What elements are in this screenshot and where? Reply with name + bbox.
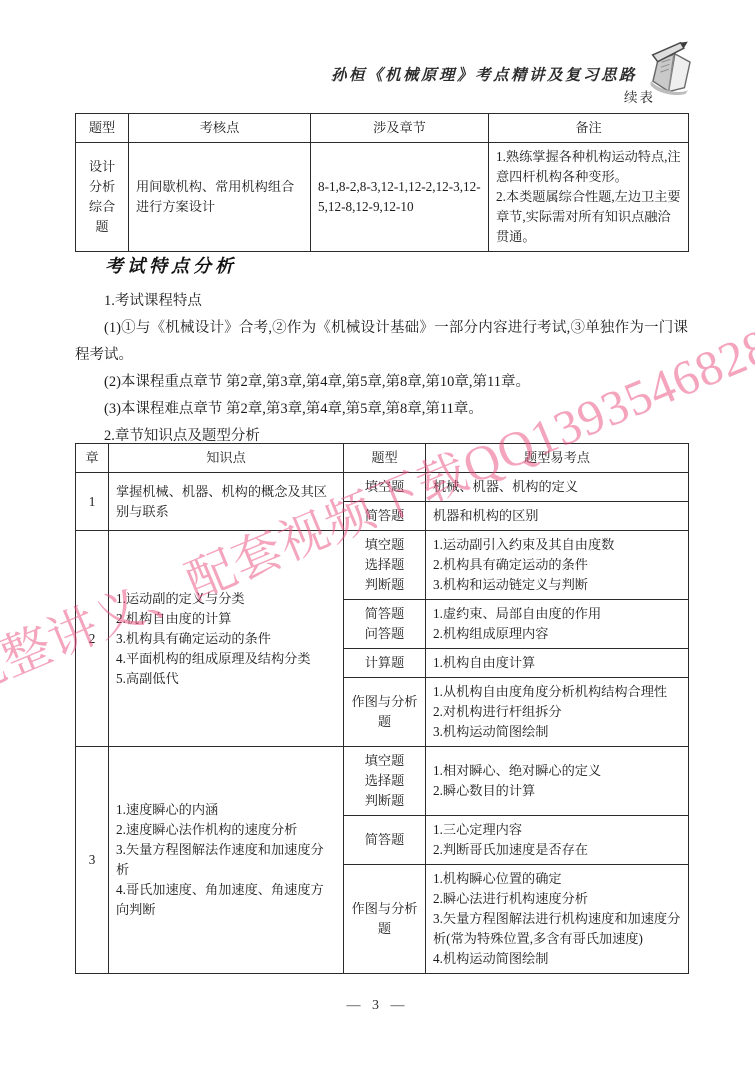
cell-exam-points: 用间歇机构、常用机构组合进行方案设计 — [129, 143, 311, 252]
cell-points: 1.机构自由度计算 — [426, 649, 689, 678]
cell-knowledge: 掌握机械、机器、机构的概念及其区别与联系 — [109, 473, 344, 531]
table-row: 设计分析综合题 用间歇机构、常用机构组合进行方案设计 8-1,8-2,8-3,1… — [76, 143, 689, 252]
chapter-knowledge-table: 章 知识点 题型 题型易考点 1 掌握机械、机器、机构的概念及其区别与联系 填空… — [75, 443, 689, 974]
continued-table-label: 续表 — [75, 86, 655, 106]
cell-qtype: 填空题 — [344, 473, 426, 502]
cell-points: 机器和机构的区别 — [426, 502, 689, 531]
col-header-exam-points: 考核点 — [129, 114, 311, 143]
table-row: 1 掌握机械、机器、机构的概念及其区别与联系 填空题 机械、机器、机构的定义 — [76, 473, 689, 502]
cell-qtype: 简答题 — [344, 816, 426, 865]
col-header-qtype: 题型 — [344, 444, 426, 473]
cell-points: 1.相对瞬心、绝对瞬心的定义 2.瞬心数目的计算 — [426, 747, 689, 816]
key-chapters-line: (2)本课程重点章节 第2章,第3章,第4章,第5章,第8章,第10章,第11章… — [75, 369, 688, 396]
col-header-notes: 备注 — [489, 114, 689, 143]
cell-qtype: 简答题 — [344, 502, 426, 531]
table-row: 3 1.速度瞬心的内涵 2.速度瞬心法作机构的速度分析 3.矢量方程图解法作速度… — [76, 747, 689, 816]
table-row: 2 1.运动副的定义与分类 2.机构自由度的计算 3.机构具有确定运动的条件 4… — [76, 531, 689, 600]
cell-notes: 1.熟练掌握各种机构运动特点,注意四杆机构各种变形。 2.本类题属综合性题,左边… — [489, 143, 689, 252]
cell-points: 1.三心定理内容 2.判断哥氏加速度是否存在 — [426, 816, 689, 865]
cell-points: 1.机构瞬心位置的确定 2.瞬心法进行机构速度分析 3.矢量方程图解法进行机构速… — [426, 865, 689, 974]
cell-qtype: 计算题 — [344, 649, 426, 678]
col-header-easy-points: 题型易考点 — [426, 444, 689, 473]
table-header-row: 章 知识点 题型 题型易考点 — [76, 444, 689, 473]
exam-type-table: 题型 考核点 涉及章节 备注 设计分析综合题 用间歇机构、常用机构组合进行方案设… — [75, 113, 689, 252]
col-header-chapter: 章 — [76, 444, 109, 473]
cell-points: 1.虚约束、局部自由度的作用 2.机构组成原理内容 — [426, 600, 689, 649]
book-title: 孙桓《机械原理》考点精讲及复习思路 — [331, 51, 637, 85]
col-header-chapters: 涉及章节 — [311, 114, 489, 143]
cell-qtype: 填空题 选择题 判断题 — [344, 531, 426, 600]
col-header-knowledge: 知识点 — [109, 444, 344, 473]
page-number: — 3 — — [0, 998, 755, 1014]
section-heading: 考试特点分析 — [105, 252, 688, 278]
table-header-row: 题型 考核点 涉及章节 备注 — [76, 114, 689, 143]
cell-chapter: 1 — [76, 473, 109, 531]
cell-question-type: 设计分析综合题 — [76, 143, 129, 252]
exam-characteristics-section: 考试特点分析 1.考试课程特点 (1)①与《机械设计》合考,②作为《机械设计基础… — [75, 252, 688, 450]
difficult-chapters-line: (3)本课程难点章节 第2章,第3章,第4章,第5章,第8章,第11章。 — [75, 396, 688, 423]
cell-qtype: 作图与分析题 — [344, 678, 426, 747]
course-feature-title: 1.考试课程特点 — [75, 288, 688, 315]
cell-knowledge: 1.速度瞬心的内涵 2.速度瞬心法作机构的速度分析 3.矢量方程图解法作速度和加… — [109, 747, 344, 974]
cell-points: 1.运动副引入约束及其自由度数 2.机构具有确定运动的条件 3.机构和运动链定义… — [426, 531, 689, 600]
cell-qtype: 作图与分析题 — [344, 865, 426, 974]
book-page: 完整讲义、配套视频下载QQ1393546828 孙桓《机械原理》考点精讲及复习思… — [0, 0, 755, 1084]
cell-points: 机械、机器、机构的定义 — [426, 473, 689, 502]
cell-qtype: 简答题 问答题 — [344, 600, 426, 649]
cell-points: 1.从机构自由度角度分析机构结构合理性 2.对机构进行杆组拆分 3.机构运动简图… — [426, 678, 689, 747]
cell-qtype: 填空题 选择题 判断题 — [344, 747, 426, 816]
cell-chapters: 8-1,8-2,8-3,12-1,12-2,12-3,12-5,12-8,12-… — [311, 143, 489, 252]
col-header-question-type: 题型 — [76, 114, 129, 143]
cell-chapter: 2 — [76, 531, 109, 747]
course-feature-body: (1)①与《机械设计》合考,②作为《机械设计基础》一部分内容进行考试,③单独作为… — [75, 315, 688, 369]
cell-chapter: 3 — [76, 747, 109, 974]
cell-knowledge: 1.运动副的定义与分类 2.机构自由度的计算 3.机构具有确定运动的条件 4.平… — [109, 531, 344, 747]
